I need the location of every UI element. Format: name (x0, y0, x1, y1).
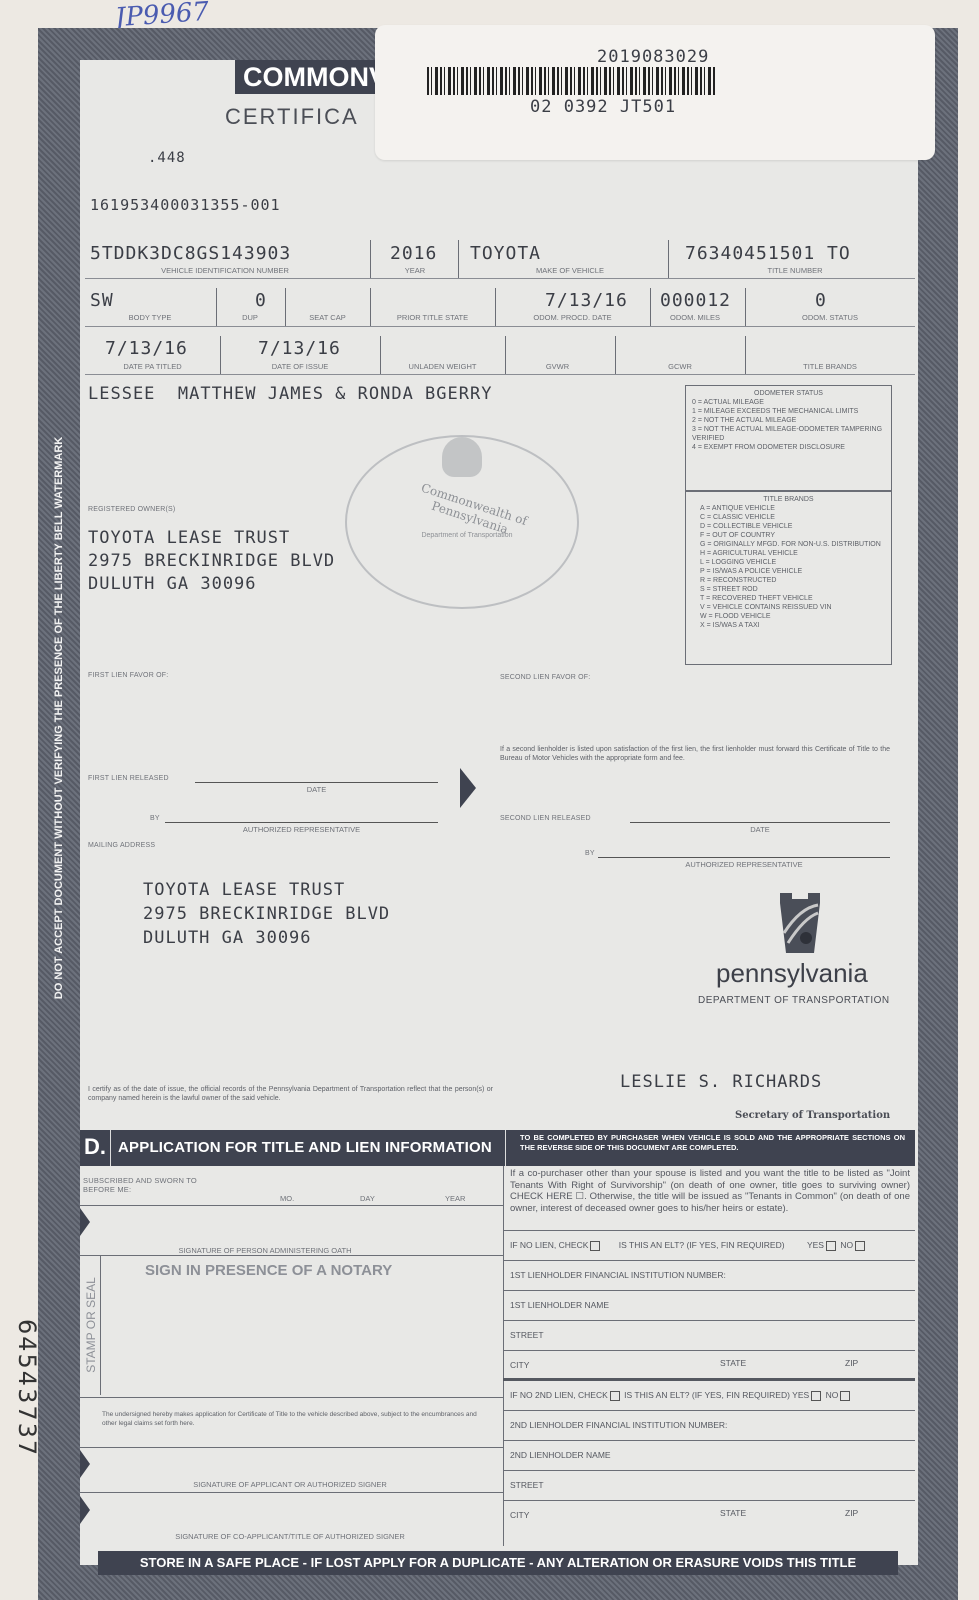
odom-status-label: ODOM. STATUS (750, 313, 910, 322)
side-stamp-number: 64543737 (13, 1319, 41, 1449)
control-number: 161953400031355-001 (90, 196, 281, 214)
brand-item: X = IS/WAS A TAXI (686, 621, 891, 630)
brand-item: D = COLLECTIBLE VEHICLE (686, 522, 891, 531)
brand-item: G = ORIGINALLY MFGD. FOR NON-U.S. DISTRI… (686, 540, 891, 549)
auth-rep-caption: AUTHORIZED REPRESENTATIVE (598, 860, 890, 869)
mailing-address-label: MAILING ADDRESS (88, 842, 155, 849)
arrow-icon (80, 1496, 90, 1524)
brand-item: T = RECOVERED THEFT VEHICLE (686, 594, 891, 603)
odometer-item: 1 = MILEAGE EXCEEDS THE MECHANICAL LIMIT… (686, 407, 891, 416)
lessee-line: LESSEE MATTHEW JAMES & RONDA BGERRY (88, 384, 492, 404)
lh1-name-field[interactable]: 1ST LIENHOLDER NAME (510, 1300, 609, 1310)
lh2-city-field[interactable]: CITY (510, 1510, 529, 1520)
lh2-fin-field[interactable]: 2ND LIENHOLDER FINANCIAL INSTITUTION NUM… (510, 1420, 727, 1430)
notary-instruction: SIGN IN PRESENCE OF A NOTARY (145, 1262, 392, 1279)
arrow-icon (460, 768, 476, 808)
sticker-number-bottom: 02 0392 JT501 (530, 97, 676, 117)
first-lien-date-line[interactable] (195, 782, 438, 783)
brand-item: F = OUT OF COUNTRY (686, 531, 891, 540)
no-lien-row: IF NO LIEN, CHECK IS THIS AN ELT? (IF YE… (510, 1240, 867, 1251)
owner-line-1: TOYOTA LEASE TRUST (88, 528, 290, 548)
brand-item: P = IS/WAS A POLICE VEHICLE (686, 567, 891, 576)
by-label: BY (150, 815, 160, 822)
year-label: YEAR (380, 266, 450, 275)
brand-item: L = LOGGING VEHICLE (686, 558, 891, 567)
year-label: YEAR (445, 1194, 465, 1203)
odom-miles-label: ODOM. MILES (655, 313, 735, 322)
second-lien-date-line[interactable] (630, 822, 890, 823)
section-d-title: APPLICATION FOR TITLE AND LIEN INFORMATI… (118, 1139, 492, 1156)
prior-title-state-label: PRIOR TITLE STATE (375, 313, 490, 322)
first-lien-released-label: FIRST LIEN RELEASED (88, 775, 169, 782)
dup-value: 0 (255, 290, 267, 311)
date-pa-titled-label: DATE PA TITLED (90, 362, 215, 371)
make-value: TOYOTA (470, 243, 541, 264)
lh1-state-field[interactable]: STATE (720, 1358, 746, 1368)
by-label: BY (585, 850, 595, 857)
unladen-weight-label: UNLADEN WEIGHT (385, 362, 500, 371)
state-seal: Commonwealth of Pennsylvania Department … (345, 435, 579, 609)
day-label: DAY (360, 1194, 375, 1203)
elt2-yes-checkbox[interactable] (811, 1391, 821, 1401)
mailing-line-1: TOYOTA LEASE TRUST (143, 880, 345, 900)
brand-item: A = ANTIQUE VEHICLE (686, 504, 891, 513)
brand-item: H = AGRICULTURAL VEHICLE (686, 549, 891, 558)
lh2-zip-field[interactable]: ZIP (845, 1508, 858, 1518)
undersigned-text: The undersigned hereby makes application… (102, 1410, 482, 1428)
no-lien-checkbox[interactable] (590, 1241, 600, 1251)
elt-yes-checkbox[interactable] (826, 1241, 836, 1251)
barcode-icon (427, 67, 717, 95)
odometer-item: 4 = EXEMPT FROM ODOMETER DISCLOSURE (686, 443, 891, 452)
header-subtitle: CERTIFICA (225, 104, 359, 130)
purchaser-note: TO BE COMPLETED BY PURCHASER WHEN VEHICL… (520, 1133, 905, 1153)
brand-item: V = VEHICLE CONTAINS REISSUED VIN (686, 603, 891, 612)
brand-item: W = FLOOD VEHICLE (686, 612, 891, 621)
second-lien-favor-label: SECOND LIEN FAVOR OF: (500, 674, 590, 681)
subscribed-label: SUBSCRIBED AND SWORN TO BEFORE ME: (83, 1176, 223, 1194)
dup-label: DUP (220, 313, 280, 322)
mailing-line-2: 2975 BRECKINRIDGE BLVD (143, 904, 390, 924)
gvwr-label: GVWR (510, 362, 605, 371)
date-of-issue-label: DATE OF ISSUE (230, 362, 370, 371)
secretary-title: Secretary of Transportation (735, 1110, 890, 1121)
elt2-no-checkbox[interactable] (840, 1391, 850, 1401)
penndot-name: pennsylvania (716, 958, 868, 989)
odometer-item: 3 = NOT THE ACTUAL MILEAGE-ODOMETER TAMP… (686, 425, 891, 443)
auth-rep-caption: AUTHORIZED REPRESENTATIVE (165, 825, 438, 834)
lh2-street-field[interactable]: STREET (510, 1480, 544, 1490)
body-type-label: BODY TYPE (90, 313, 210, 322)
lh2-state-field[interactable]: STATE (720, 1508, 746, 1518)
vin-value: 5TDDK3DC8GS143903 (90, 243, 291, 264)
footer-banner: STORE IN A SAFE PLACE - IF LOST APPLY FO… (98, 1551, 898, 1575)
lh2-name-field[interactable]: 2ND LIENHOLDER NAME (510, 1450, 611, 1460)
brand-item: S = STREET ROD (686, 585, 891, 594)
lh1-fin-field[interactable]: 1ST LIENHOLDER FINANCIAL INSTITUTION NUM… (510, 1270, 726, 1280)
mailing-line-3: DULUTH GA 30096 (143, 928, 312, 948)
second-lien-released-label: SECOND LIEN RELEASED (500, 815, 591, 822)
odom-miles-value: 000012 (660, 290, 731, 311)
form-number: .448 (148, 150, 186, 166)
title-brands-legend: TITLE BRANDS A = ANTIQUE VEHICLE C = CLA… (685, 491, 892, 665)
gcwr-label: GCWR (620, 362, 740, 371)
lh1-city-field[interactable]: CITY (510, 1360, 529, 1370)
sticker-number-top: 2019083029 (597, 47, 709, 67)
date-caption: DATE (195, 785, 438, 794)
registered-owner-label: REGISTERED OWNER(S) (88, 506, 175, 513)
title-number-value: 76340451501 TO (685, 243, 851, 264)
date-pa-titled-value: 7/13/16 (105, 338, 188, 359)
lh1-zip-field[interactable]: ZIP (845, 1358, 858, 1368)
first-lien-rep-line[interactable] (165, 822, 438, 823)
odom-proc-date-label: ODOM. PROCD. DATE (500, 313, 645, 322)
brand-item: R = RECONSTRUCTED (686, 576, 891, 585)
year-value: 2016 (390, 243, 437, 264)
owner-line-2: 2975 BRECKINRIDGE BLVD (88, 551, 335, 571)
penndot-dept: DEPARTMENT OF TRANSPORTATION (698, 995, 890, 1006)
body-type-value: SW (90, 290, 114, 311)
make-label: MAKE OF VEHICLE (470, 266, 670, 275)
secretary-name: LESLIE S. RICHARDS (620, 1072, 822, 1092)
odom-proc-date-value: 7/13/16 (545, 290, 628, 311)
watermark-warning: DO NOT ACCEPT DOCUMENT WITHOUT VERIFYING… (46, 348, 72, 1088)
sig-oath-label: SIGNATURE OF PERSON ADMINISTERING OATH (140, 1246, 390, 1255)
brand-item: C = CLASSIC VEHICLE (686, 513, 891, 522)
keystone-logo-icon (770, 893, 830, 955)
document-body: COMMONV CERTIFICA .448 161953400031355-0… (80, 60, 918, 1565)
date-caption: DATE (630, 825, 890, 834)
odometer-item: 0 = ACTUAL MILEAGE (686, 398, 891, 407)
stamp-or-seal-label: STAMP OR SEAL (82, 1255, 101, 1395)
vin-label: VEHICLE IDENTIFICATION NUMBER (90, 266, 360, 275)
elt-no-checkbox[interactable] (855, 1241, 865, 1251)
owner-line-3: DULUTH GA 30096 (88, 574, 257, 594)
second-lien-rep-line[interactable] (598, 857, 890, 858)
barcode-sticker: 2019083029 02 0392 JT501 (375, 25, 935, 160)
sig-coapplicant-label[interactable]: SIGNATURE OF CO-APPLICANT/TITLE OF AUTHO… (140, 1532, 440, 1541)
odometer-legend: ODOMETER STATUS 0 = ACTUAL MILEAGE 1 = M… (685, 385, 892, 491)
title-number-label: TITLE NUMBER (680, 266, 910, 275)
first-lien-favor-label: FIRST LIEN FAVOR OF: (88, 672, 168, 679)
second-lien-note: If a second lienholder is listed upon sa… (500, 745, 890, 763)
title-brands-label: TITLE BRANDS (750, 362, 910, 371)
date-of-issue-value: 7/13/16 (258, 338, 341, 359)
mo-label: MO. (280, 1194, 294, 1203)
eagle-icon (442, 437, 482, 477)
no-lien2-checkbox[interactable] (610, 1391, 620, 1401)
lh1-street-field[interactable]: STREET (510, 1330, 544, 1340)
title-document: DO NOT ACCEPT DOCUMENT WITHOUT VERIFYING… (38, 28, 958, 1600)
sig-applicant-label[interactable]: SIGNATURE OF APPLICANT OR AUTHORIZED SIG… (140, 1480, 440, 1489)
certification-text: I certify as of the date of issue, the o… (88, 1085, 493, 1103)
no-lien2-row: IF NO 2ND LIEN, CHECK IS THIS AN ELT? (I… (510, 1390, 852, 1401)
arrow-icon (80, 1450, 90, 1478)
section-d-header: D. APPLICATION FOR TITLE AND LIEN INFORM… (80, 1130, 915, 1166)
seat-cap-label: SEAT CAP (290, 313, 365, 322)
arrow-icon (80, 1208, 90, 1236)
odometer-item: 2 = NOT THE ACTUAL MILEAGE (686, 416, 891, 425)
odom-status-value: 0 (815, 290, 827, 311)
joint-tenants-text: If a co-purchaser other than your spouse… (510, 1168, 910, 1214)
